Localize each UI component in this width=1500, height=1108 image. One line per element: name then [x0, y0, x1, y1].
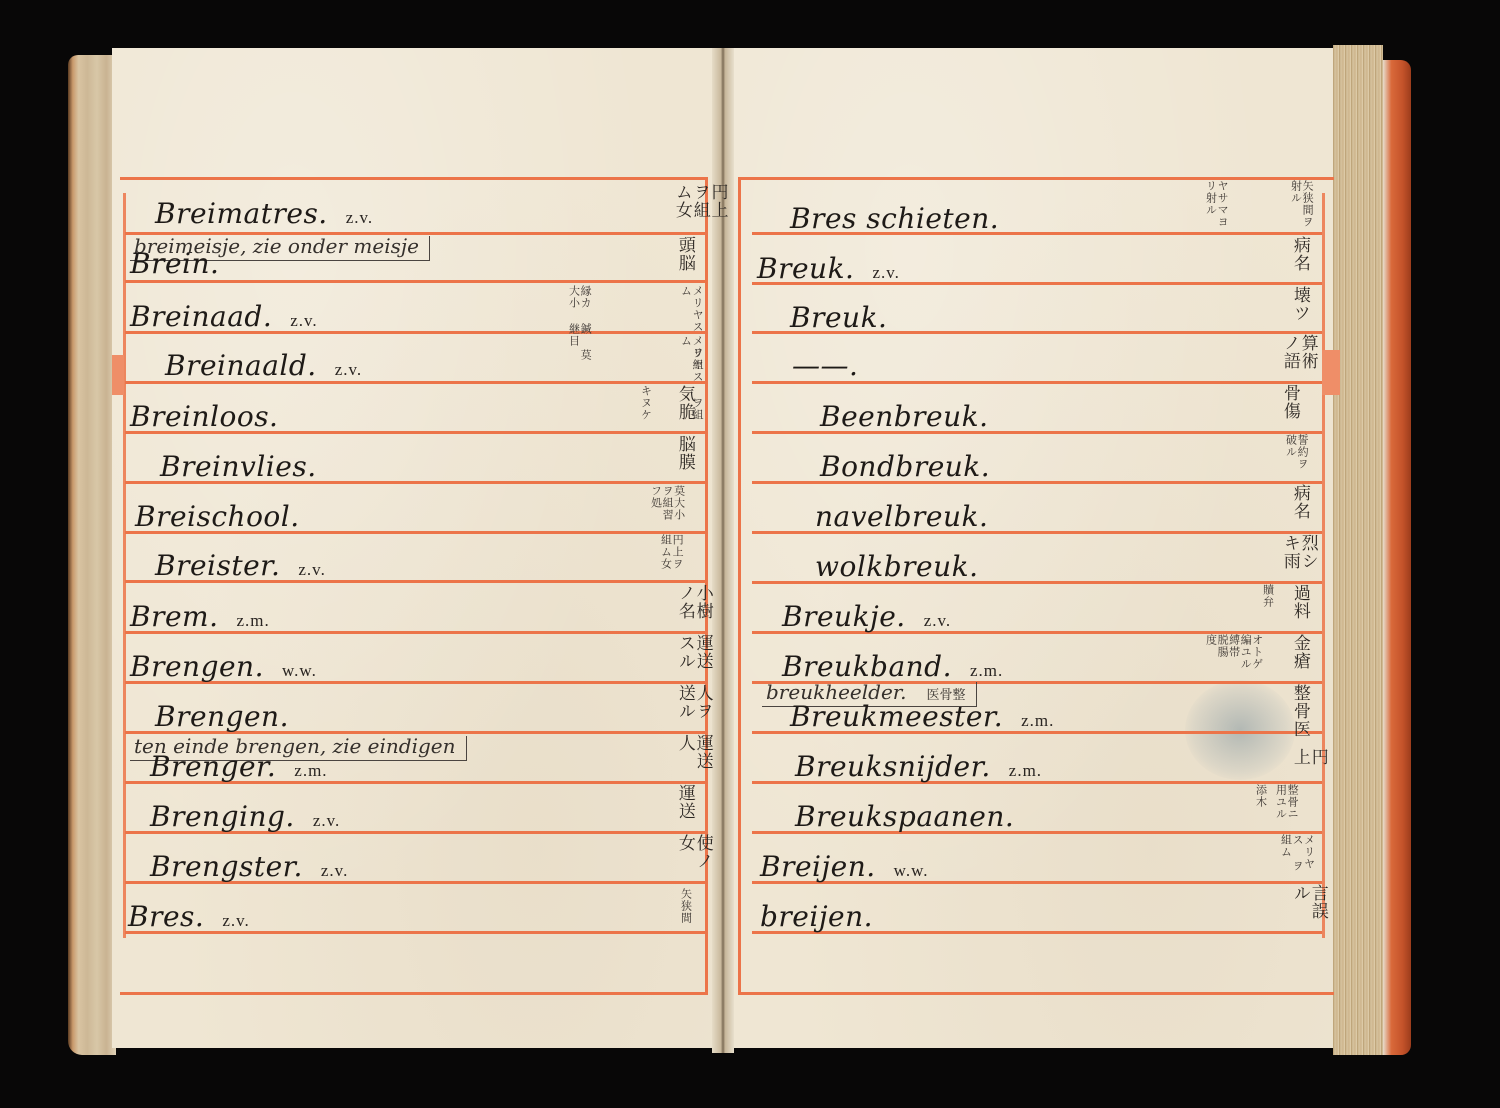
headword: Breinaald.: [165, 349, 317, 382]
japanese-gloss: 金瘡: [1290, 634, 1308, 680]
ruled-line: [125, 280, 705, 283]
book-cover-edge: [1383, 60, 1411, 1055]
dictionary-entry: Brengen.w.w.: [130, 653, 317, 681]
grammar-label: z.v.: [321, 861, 348, 880]
ruled-line: [125, 931, 705, 934]
headword: wolkbreuk.: [815, 550, 979, 583]
grammar-label: z.v.: [222, 911, 249, 930]
dictionary-entry: Beenbreuk.: [820, 403, 989, 431]
japanese-gloss: 整骨医: [1290, 684, 1308, 744]
ink-stain: [1185, 680, 1295, 780]
grammar-label: z.v.: [290, 311, 317, 330]
japanese-gloss-aside: ヤサマヨリ射ル: [1205, 180, 1228, 230]
dictionary-entry: Breinloos.: [130, 403, 278, 431]
dictionary-entry: Breuk.: [790, 304, 887, 332]
japanese-gloss-aside: キヌケ: [640, 385, 652, 430]
headword: Brenging.: [150, 800, 295, 833]
japanese-gloss: 壊ツ: [1290, 286, 1308, 332]
left-thumb-tab: [112, 355, 124, 395]
japanese-gloss: 運送スル: [675, 634, 711, 680]
dictionary-entry: Breuk.z.v.: [757, 255, 900, 283]
japanese-gloss: 脳膜: [675, 435, 693, 480]
dictionary-entry: Brengen.: [155, 703, 289, 731]
headword: Breuksnijder.: [795, 750, 991, 783]
headword: Bondbreuk.: [820, 450, 990, 483]
grammar-label: z.m.: [236, 611, 269, 630]
japanese-gloss: 算術ノ語: [1280, 334, 1316, 380]
headword: Bres schieten.: [790, 202, 999, 235]
japanese-gloss: 整骨ニ用ユル: [1275, 784, 1298, 830]
headword: Breischool.: [135, 500, 300, 533]
dictionary-entry: Breukband.z.m.: [782, 653, 1003, 681]
dictionary-entry: Brenger.z.m.: [150, 753, 328, 781]
headword: Brengen.: [130, 650, 264, 683]
japanese-gloss: 運送人: [675, 734, 711, 780]
right-thumb-tab: [1322, 350, 1340, 395]
dictionary-entry: Brengster.z.v.: [150, 853, 348, 881]
headword: Breinvlies.: [160, 450, 317, 483]
japanese-gloss: 誓約ヲ破ル: [1285, 434, 1308, 480]
dictionary-entry-repeat: ——.: [792, 352, 858, 380]
dictionary-entry: Breijen.w.w.: [760, 853, 929, 881]
japanese-gloss: 矢狭間ヲ射ル: [1290, 180, 1313, 230]
dictionary-entry: navelbreuk.: [815, 503, 988, 531]
dictionary-entry: Breinaald.z.v.: [165, 352, 362, 380]
dictionary-entry: Brenging.z.v.: [150, 803, 340, 831]
grammar-label: w.w.: [894, 861, 929, 880]
japanese-gloss: メリヤス ヲ組ム: [1280, 834, 1315, 880]
japanese-gloss-aside: 贖弁: [1262, 584, 1274, 630]
dictionary-entry: wolkbreuk.: [815, 553, 979, 581]
grammar-label: z.v.: [872, 263, 899, 282]
japanese-gloss: 運送: [675, 784, 693, 830]
dictionary-entry: Breukmeester.z.m.: [790, 703, 1054, 731]
japanese-gloss: 病名: [1290, 236, 1308, 282]
japanese-gloss: 気脆: [675, 385, 693, 430]
dictionary-entry: Breimatres.z.v.: [155, 200, 373, 228]
grammar-label: z.m.: [970, 661, 1003, 680]
grammar-label: z.m.: [294, 761, 327, 780]
dictionary-entry: Breinvlies.: [160, 453, 317, 481]
japanese-gloss: 小樹ノ名: [675, 584, 711, 630]
japanese-gloss: 骨傷: [1280, 384, 1298, 430]
headword: Bres.: [128, 900, 204, 933]
right-margin-rule: [1322, 193, 1325, 938]
grammar-label: z.m.: [1009, 761, 1042, 780]
japanese-gloss-aside: 添木: [1255, 784, 1267, 830]
dictionary-entry: Breuksnijder.z.m.: [795, 753, 1042, 781]
dictionary-entry: Brem.z.m.: [130, 603, 270, 631]
headword: Breukje.: [782, 600, 906, 633]
headword: Breukband.: [782, 650, 952, 683]
grammar-label: z.v.: [335, 360, 362, 379]
headword: navelbreuk.: [815, 500, 988, 533]
dictionary-entry: Bres.z.v.: [128, 903, 250, 931]
dictionary-entry: breijen.: [760, 903, 873, 931]
right-page-edges: [1333, 45, 1383, 1055]
grammar-label: z.v.: [313, 811, 340, 830]
dictionary-entry: Breischool.: [135, 503, 300, 531]
dictionary-entry: Breukspaanen.: [795, 803, 1014, 831]
headword: Breister.: [155, 549, 280, 582]
dictionary-entry: Bres schieten.: [790, 205, 999, 233]
dictionary-entry: Brein.: [130, 250, 219, 278]
grammar-label: w.w.: [282, 661, 317, 680]
headword: Breukspaanen.: [795, 800, 1014, 833]
left-margin-rule: [123, 193, 126, 938]
grammar-label: z.v.: [346, 208, 373, 227]
headword: Breukmeester.: [790, 700, 1003, 733]
japanese-gloss: 過料: [1290, 584, 1308, 630]
headword: Breuk.: [790, 301, 887, 334]
japanese-gloss: 病名: [1290, 484, 1308, 530]
japanese-gloss: 矢狭間: [680, 888, 692, 938]
headword: Brenger.: [150, 750, 276, 783]
headword: Brengen.: [155, 700, 289, 733]
headword: Brein.: [130, 247, 219, 280]
open-book: Breimatres.z.v. breimeisje, zie onder me…: [0, 0, 1500, 1108]
grammar-label: z.m.: [1021, 711, 1054, 730]
left-page-edges: [68, 55, 116, 1055]
japanese-gloss: 使ノ女: [675, 834, 711, 880]
headword: Breijen.: [760, 850, 876, 883]
headword: Breuk.: [757, 252, 854, 285]
japanese-gloss: 円上ヲ組ム女: [660, 534, 683, 580]
japanese-gloss: 円上ヲ組ム女: [672, 183, 726, 233]
headword: ——.: [792, 349, 858, 382]
grammar-label: z.v.: [298, 560, 325, 579]
dictionary-entry: Breukje.z.v.: [782, 603, 951, 631]
grammar-label: z.v.: [924, 611, 951, 630]
japanese-gloss: 人ヲ送ル: [675, 684, 711, 730]
japanese-gloss-aside: オトゲ編ユル 縛帯 脱腸 度: [1205, 634, 1263, 680]
headword: Brengster.: [150, 850, 303, 883]
headword: Breinaad.: [130, 300, 272, 333]
headword: breijen.: [760, 900, 873, 933]
japanese-gloss: 莫大小 ヲ組習フ処: [650, 485, 685, 531]
headword: Brem.: [130, 600, 218, 633]
japanese-gloss-aside: 縁カ 鍼 莫大小 継目: [568, 285, 591, 365]
headword: Beenbreuk.: [820, 400, 989, 433]
headword: Breinloos.: [130, 400, 278, 433]
japanese-gloss: 烈シキ雨: [1280, 534, 1316, 580]
japanese-gloss: 円上: [1290, 748, 1326, 778]
dictionary-entry: Breinaad.z.v.: [130, 303, 318, 331]
japanese-gloss: 言誤ル: [1290, 884, 1326, 930]
dictionary-entry: Breister.z.v.: [155, 552, 326, 580]
headword: Breimatres.: [155, 197, 328, 230]
dictionary-entry: Bondbreuk.: [820, 453, 990, 481]
